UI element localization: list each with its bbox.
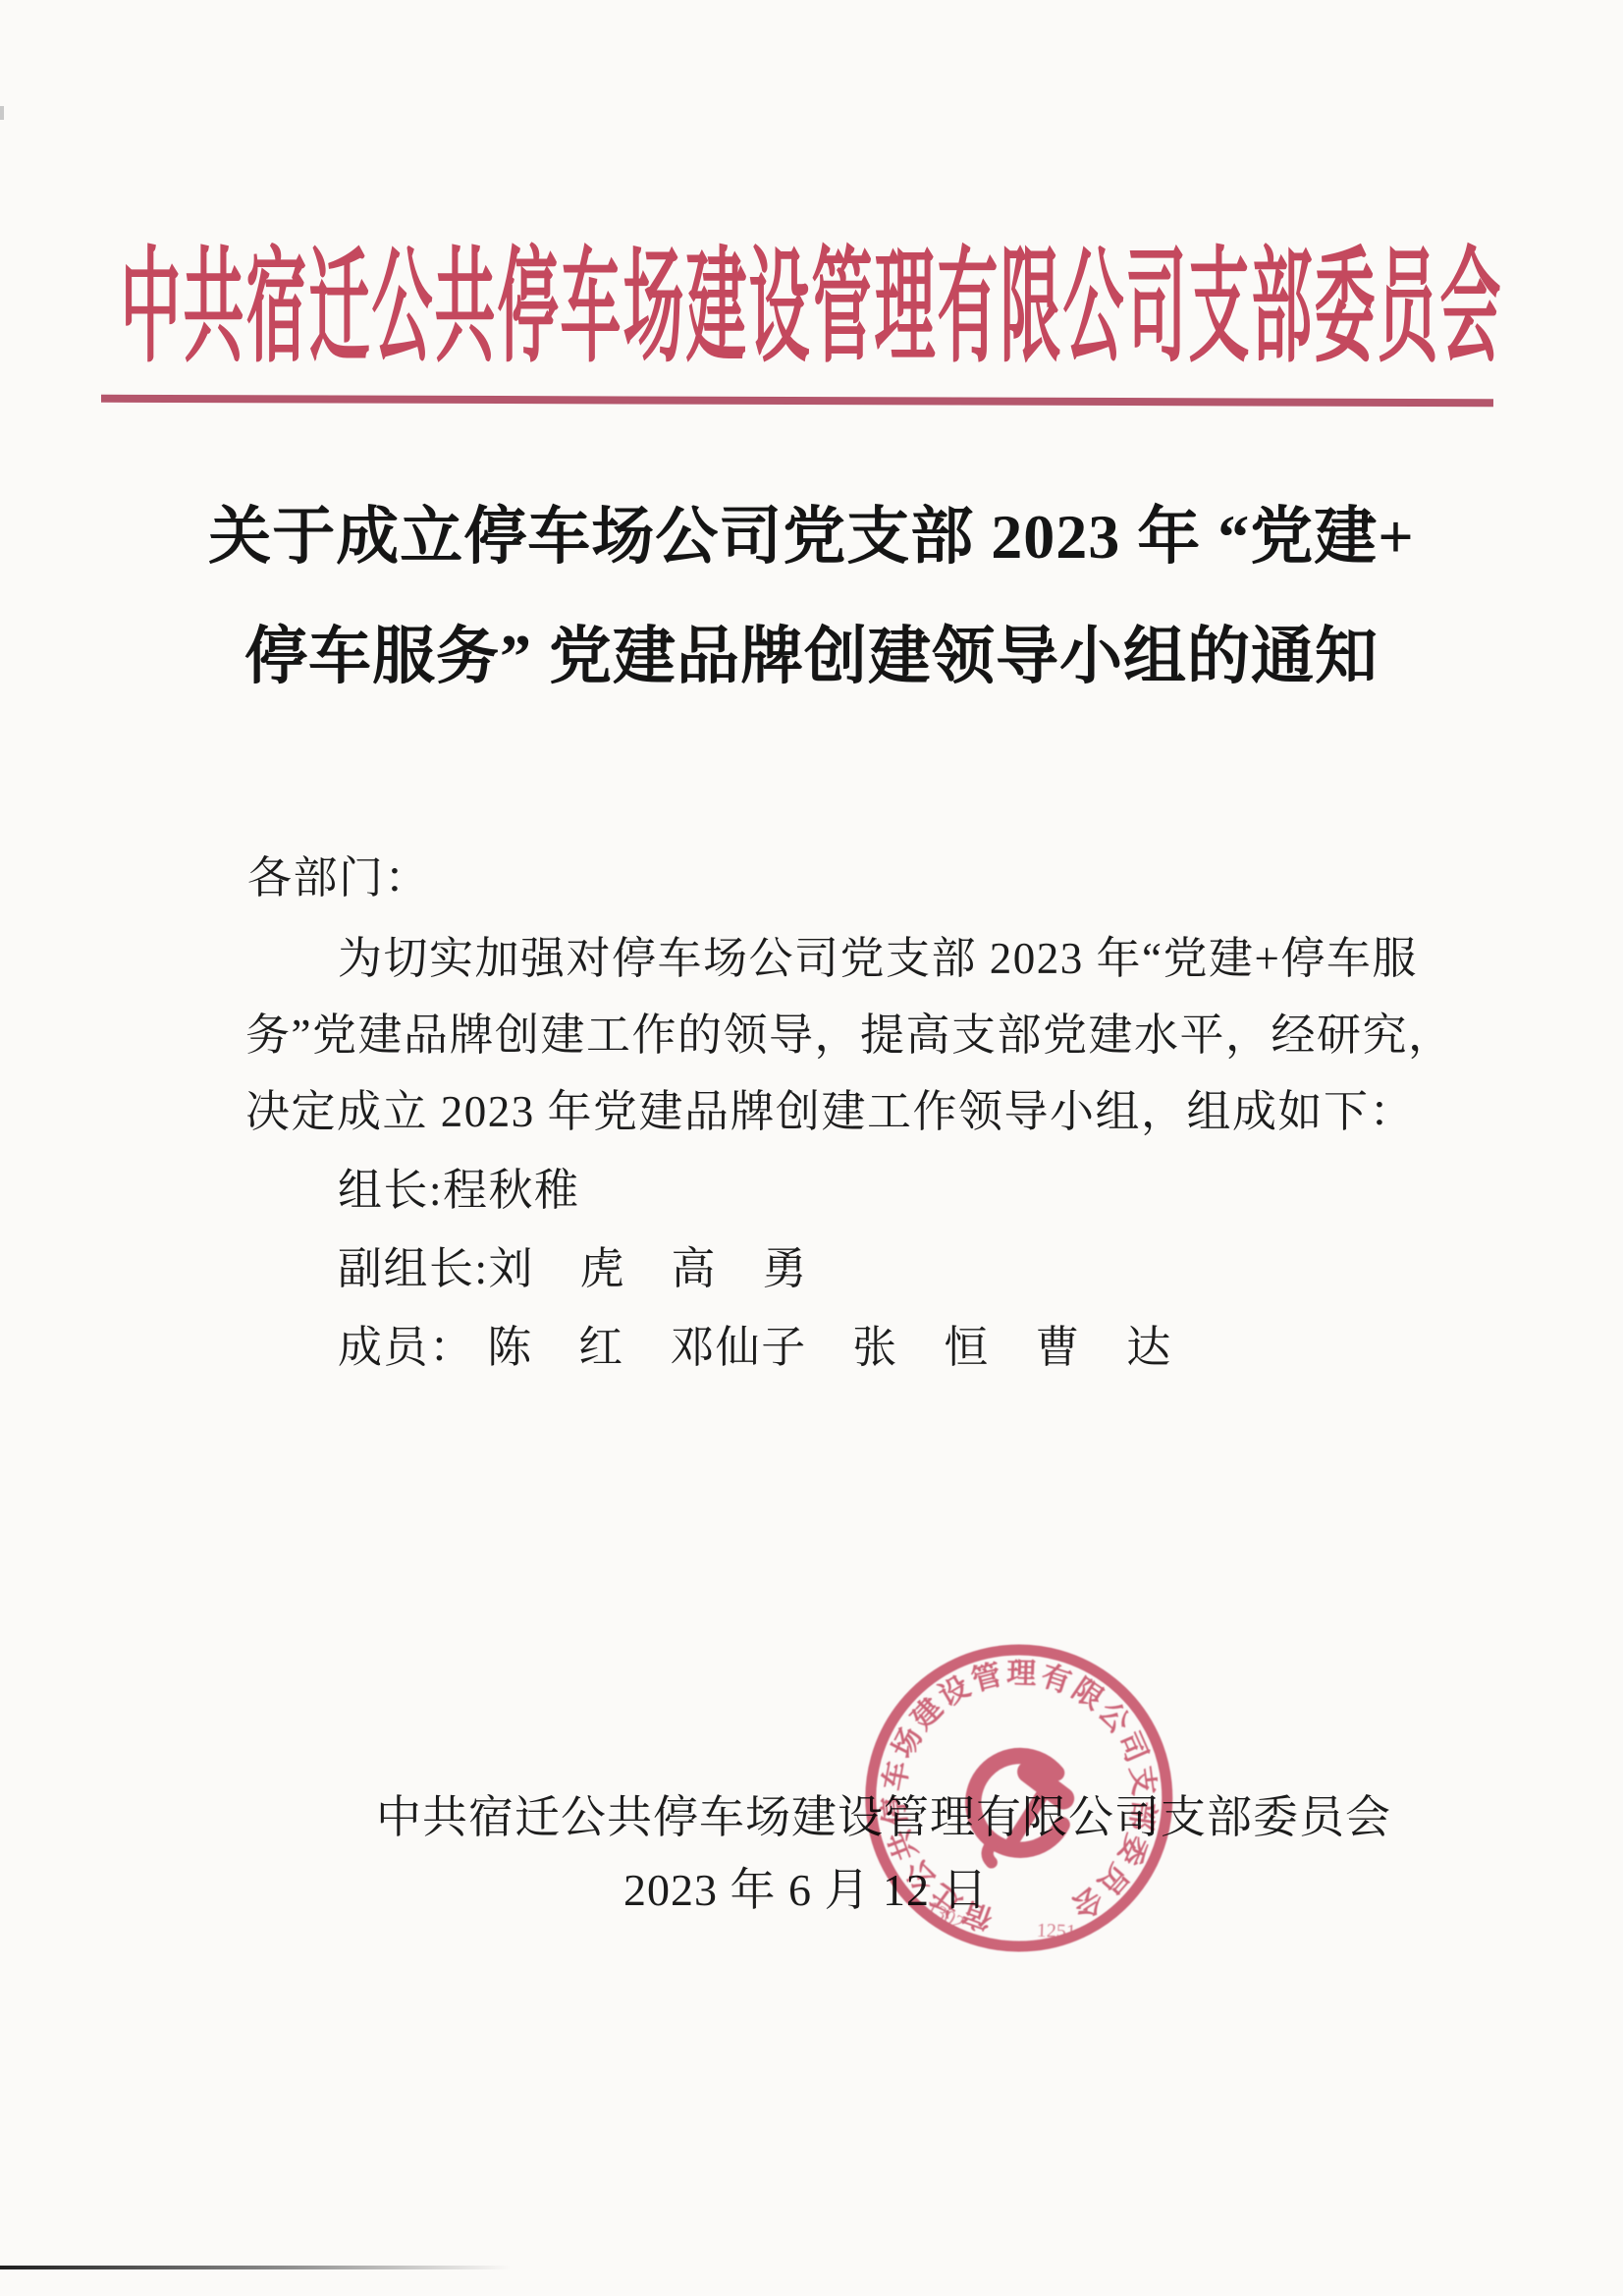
scanned-document-page: 中共宿迁公共停车场建设管理有限公司支部委员会 关于成立停车场公司党支部 2023… [0,0,1623,2296]
roster-members-line: 成员： 陈 红 邓仙子 张 恒 曹 达 [338,1318,1172,1377]
document-title: 关于成立停车场公司党支部 2023 年 “党建+ 停车服务” 党建品牌创建领导小… [0,477,1623,717]
roster-leader-line: 组长:程秋稚 [338,1161,580,1220]
official-seal: 宿迁公共停车场建设管理有限公司支部委员会 1302 1251 [857,1638,1181,1962]
title-line-1: 关于成立停车场公司党支部 2023 年 “党建+ [0,477,1623,597]
letterhead-rule [101,395,1493,407]
roster-deputy-line: 副组长:刘 虎 高 勇 [338,1239,808,1298]
scan-artifact-bottom-edge [0,2266,511,2269]
title-line-2: 停车服务” 党建品牌创建领导小组的通知 [0,597,1623,717]
seal-serial-right: 1251 [1036,1920,1076,1942]
body-paragraph-line-3: 决定成立 2023 年党建品牌创建工作领导小组，组成如下： [245,1082,1415,1141]
body-paragraph-line-1: 为切实加强对停车场公司党支部 2023 年“党建+停车服 [338,929,1418,988]
body-paragraph-line-2: 务”党建品牌创建工作的领导，提高支部党建水平，经研究， [245,1006,1453,1065]
hammer-and-sickle-icon [968,1752,1068,1864]
salutation: 各部门： [247,848,430,907]
scan-artifact-left-speck [0,106,4,120]
letterhead-org-name: 中共宿迁公共停车场建设管理有限公司支部委员会 [0,247,1623,372]
